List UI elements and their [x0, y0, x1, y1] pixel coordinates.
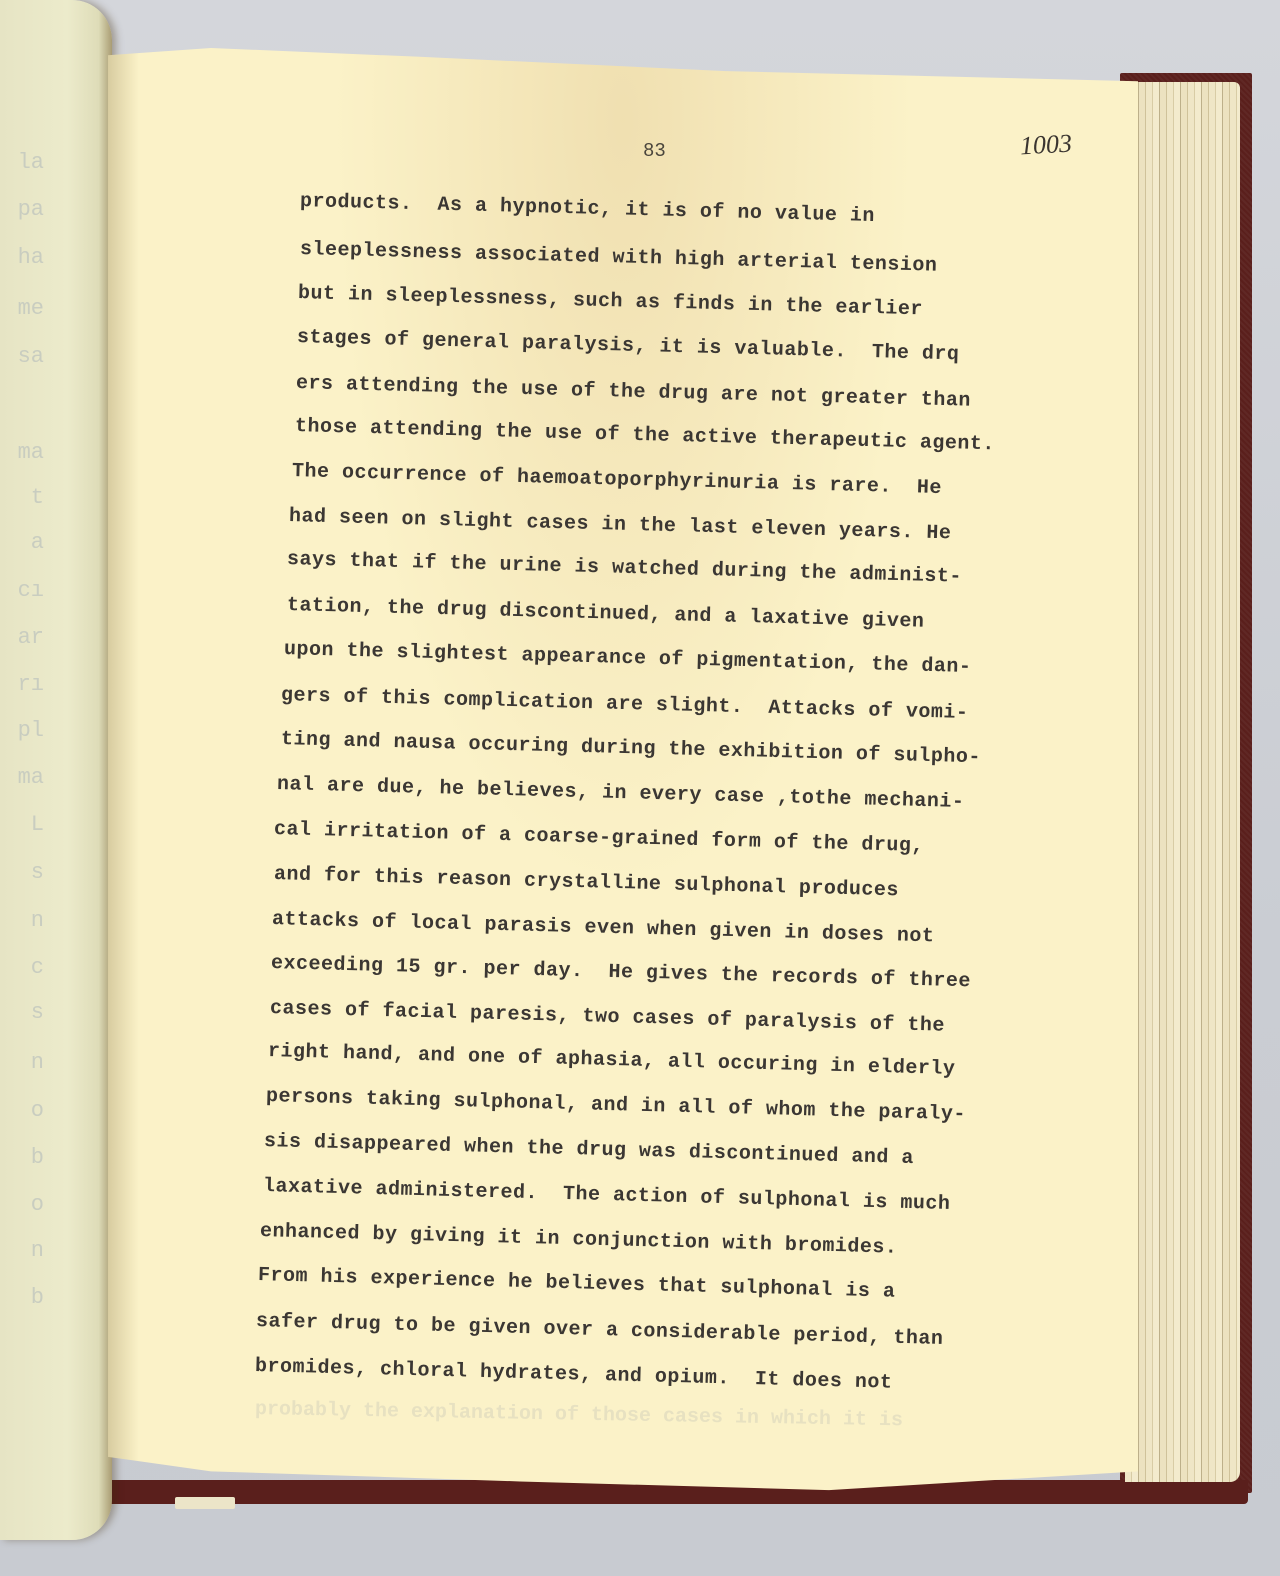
ghost-letter: L: [4, 812, 44, 837]
ghost-letter: pl: [4, 718, 44, 743]
ghost-letter: ar: [4, 625, 44, 650]
ghost-letter: pa: [4, 197, 44, 222]
ghost-letter: rı: [4, 672, 44, 697]
ghost-letter: b: [4, 1145, 44, 1170]
ghost-letter: n: [4, 1238, 44, 1263]
ghost-letter: s: [4, 860, 44, 885]
ghost-letter: b: [4, 1285, 44, 1310]
ghost-letter: n: [4, 1050, 44, 1075]
ghost-letter: sa: [4, 344, 44, 369]
ghost-letter: la: [4, 150, 44, 175]
page-stack-fore-edge: [1125, 82, 1240, 1482]
paper-slip: [175, 1497, 235, 1509]
ghost-letter: t: [4, 485, 44, 510]
ghost-letter: n: [4, 908, 44, 933]
ghost-letter: ha: [4, 245, 44, 270]
ghost-letter: c: [4, 955, 44, 980]
left-curled-page: la pa ha me sa ma t a cı ar rı pl ma L s…: [0, 0, 112, 1540]
ghost-letter: s: [4, 1000, 44, 1025]
ghost-letter: ma: [4, 765, 44, 790]
ghost-letter: o: [4, 1098, 44, 1123]
page-number: 83: [643, 140, 666, 162]
ghost-letter: ma: [4, 440, 44, 465]
ghost-letter: o: [4, 1192, 44, 1217]
ghost-letter: cı: [4, 578, 44, 603]
handwritten-folio-number: 1003: [1019, 129, 1072, 162]
ghost-letter: me: [4, 296, 44, 321]
ghost-letter: a: [4, 530, 44, 555]
